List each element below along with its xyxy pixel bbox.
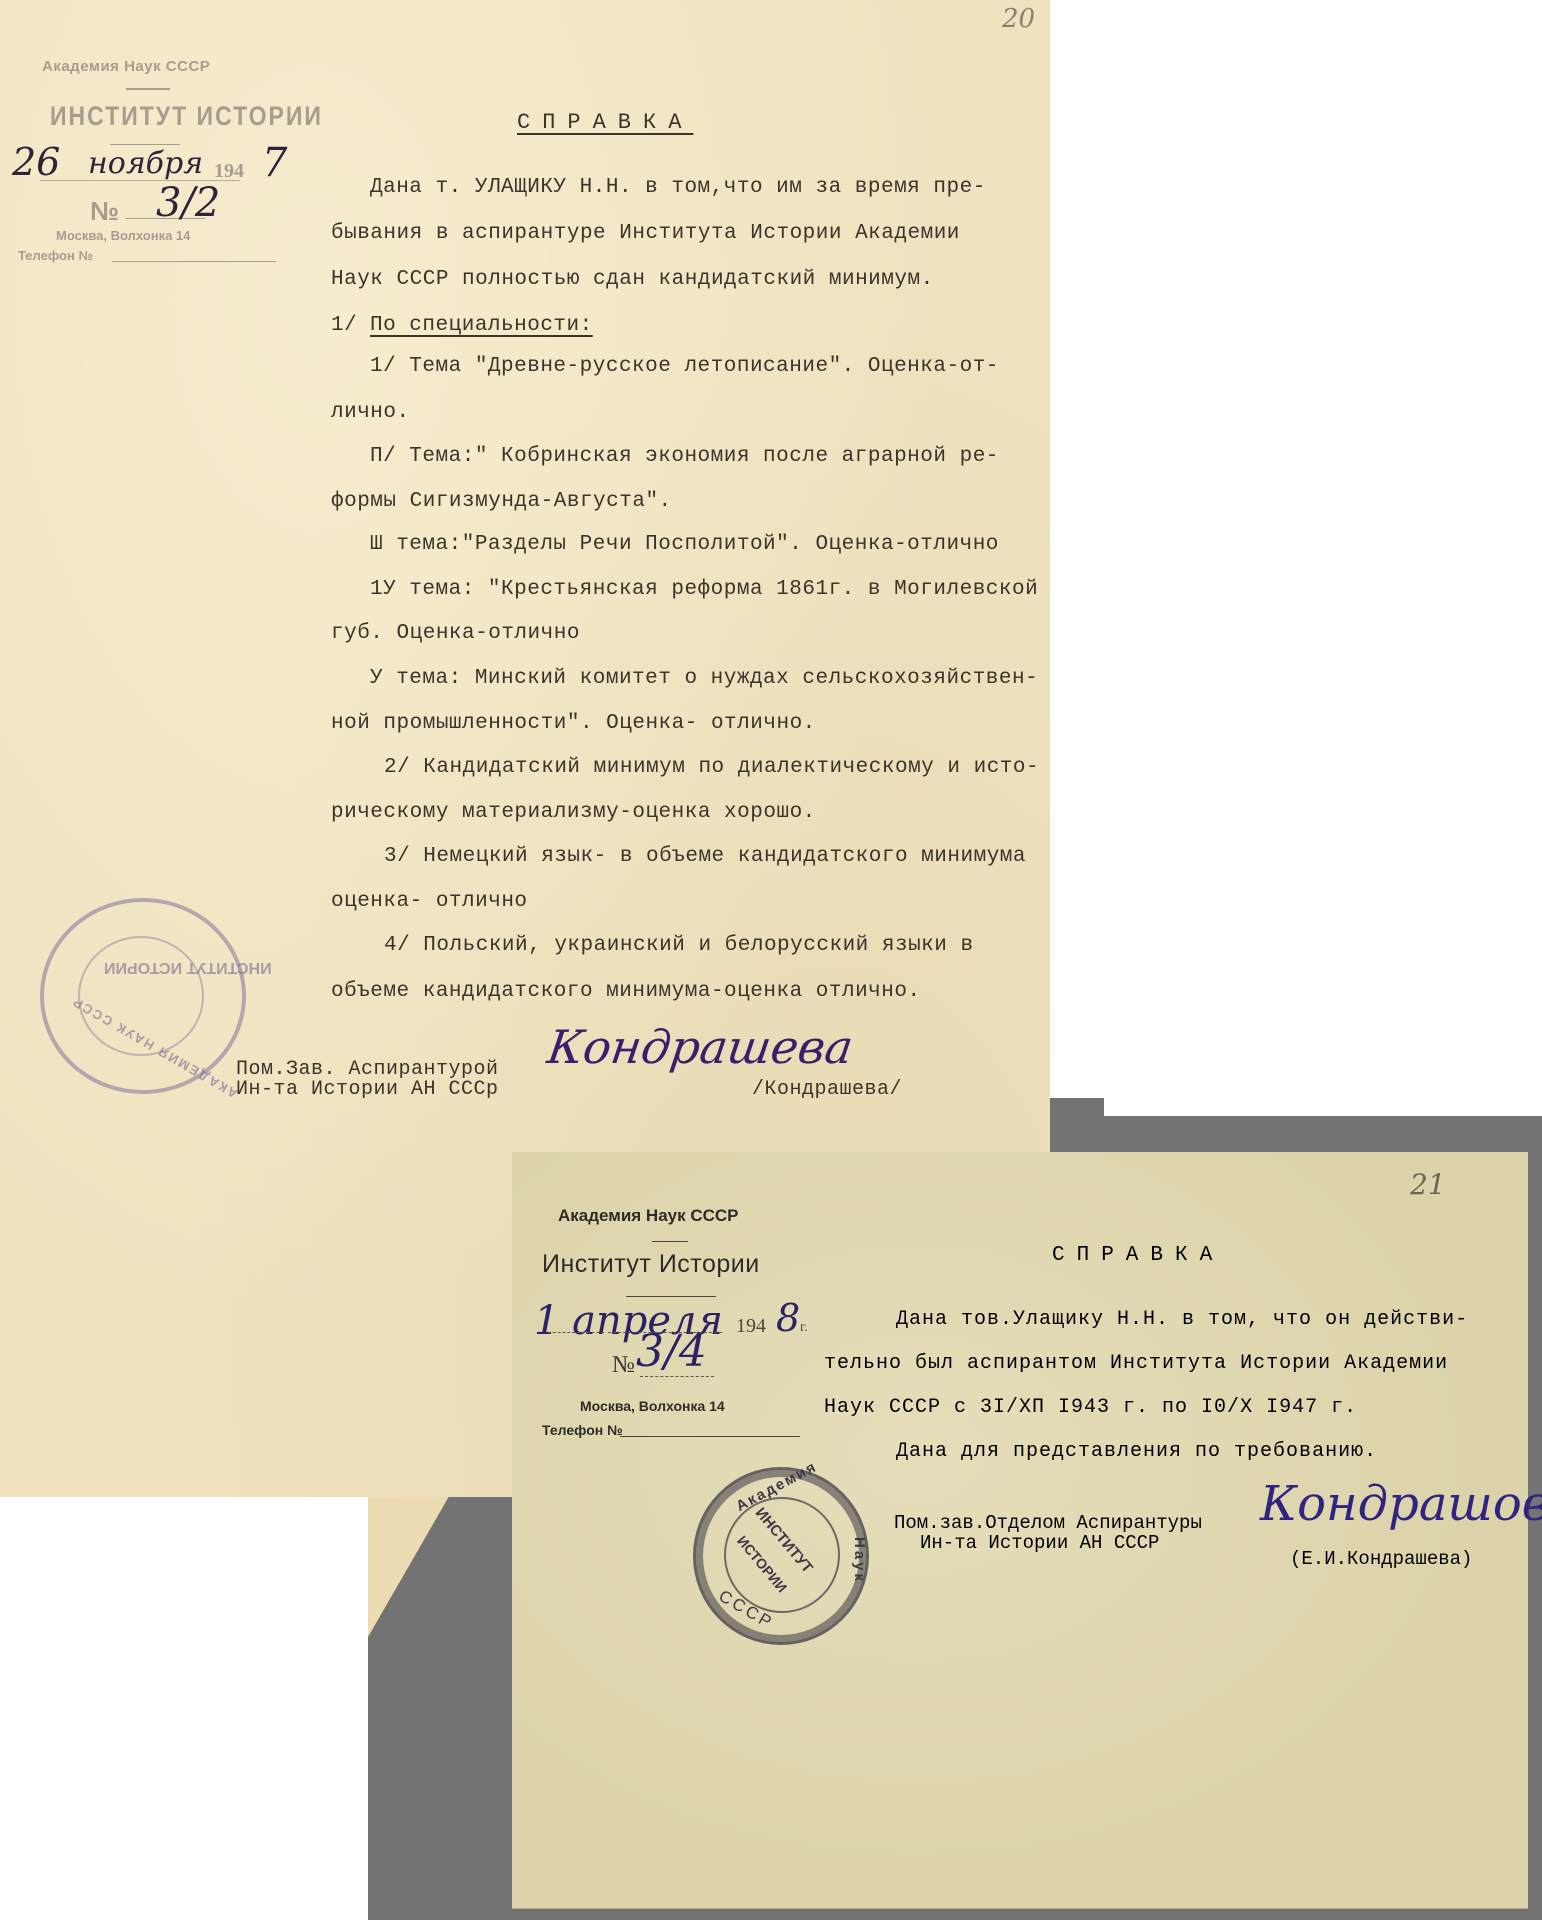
phone-line	[620, 1436, 800, 1437]
item-line: 4/ Польский, украинский и белорусский яз…	[384, 934, 974, 957]
item-line: 3/ Немецкий язык- в объеме кандидатского…	[384, 845, 1026, 868]
handwritten-signature: Кондрашева	[544, 1020, 856, 1074]
item-line: объеме кандидатского минимума-оценка отл…	[331, 980, 921, 1003]
letterhead-institute: ИНСТИТУТ ИСТОРИИ	[50, 101, 323, 132]
body-line: Дана тов.Улащику Н.Н. в том, что он дейс…	[896, 1308, 1468, 1331]
item-line: 2/ Кандидатский минимум по диалектическо…	[384, 756, 1039, 779]
date-line	[548, 1332, 604, 1333]
year-handwritten: 7	[262, 140, 287, 186]
document-title: СПРАВКА	[1052, 1244, 1224, 1267]
item-line: рическому материализму-оценка хорошо.	[331, 801, 816, 824]
letterhead-academy: Академия Наук СССР	[42, 58, 210, 75]
number-handwritten: 3/4	[636, 1326, 707, 1377]
signatory-title-line2: Ин-та Истории АН СССР	[920, 1532, 1159, 1554]
signatory-name: (Е.И.Кондрашева)	[1290, 1548, 1472, 1570]
number-handwritten: 3/2	[156, 180, 220, 226]
item-line: 1/ Тема "Древне-русское летописание". Оц…	[370, 355, 999, 378]
body-line: тельно был аспирантом Института Истории …	[824, 1352, 1448, 1375]
year-handwritten: 8	[776, 1296, 800, 1340]
divider	[126, 88, 170, 90]
item-line: П/ Тема:" Кобринская экономия после агра…	[370, 445, 999, 468]
letterhead-phone: Телефон №	[542, 1422, 623, 1438]
body-line: Наук СССР с 3I/XП I943 г. по I0/X I947 г…	[824, 1396, 1357, 1419]
number-label: №	[90, 196, 119, 227]
letterhead-address: Москва, Волхонка 14	[580, 1398, 725, 1414]
body-line: Дана т. УЛАЩИКУ Н.Н. в том,что им за вре…	[370, 176, 986, 199]
item-line: Ш тема:"Разделы Речи Посполитой". Оценка…	[370, 533, 999, 556]
page-number: 20	[1002, 4, 1035, 34]
seal-outer-text-right: Наук	[851, 1537, 868, 1584]
item-line: ной промышленности". Оценка- отлично.	[331, 712, 816, 735]
seal-inner-text: ИНСТИТУТ ИСТОРИИ	[104, 958, 272, 976]
date-day-handwritten: 26	[12, 140, 60, 184]
date-month-handwritten: ноября	[88, 146, 203, 181]
letterhead-phone: Телефон №	[18, 248, 93, 263]
body-line: Дана для представления по требованию.	[896, 1440, 1377, 1463]
signatory-title-line2: Ин-та Истории АН СССр	[236, 1078, 499, 1101]
divider	[652, 1241, 688, 1242]
signatory-title-line1: Пом.зав.Отделом Аспирантуры	[894, 1512, 1202, 1534]
phone-line	[112, 261, 276, 262]
body-line: Наук СССР полностью сдан кандидатский ми…	[331, 268, 934, 291]
divider	[110, 144, 180, 145]
document-title: СПРАВКА	[517, 110, 693, 135]
item-line: губ. Оценка-отлично	[331, 622, 580, 645]
handwritten-signature: Кондрашова	[1260, 1476, 1542, 1532]
item-line: лично.	[331, 401, 410, 424]
scan-backdrop-tab	[1050, 1098, 1104, 1118]
signatory-name: /Кондрашева/	[752, 1078, 902, 1101]
year-printed: 194	[736, 1315, 766, 1338]
letterhead-address: Москва, Волхонка 14	[56, 228, 190, 243]
section-number: 1/	[331, 314, 357, 337]
letterhead-academy: Академия Наук СССР	[558, 1206, 739, 1226]
page-number: 21	[1410, 1168, 1446, 1201]
body-line: бывания в аспирантуре Института Истории …	[331, 222, 960, 245]
item-line: У тема: Минский комитет о нуждах сельско…	[370, 667, 1038, 690]
section-heading: По специальности:	[370, 314, 593, 337]
year-suffix: г.	[800, 1320, 808, 1336]
letterhead-institute: Институт Истории	[542, 1250, 760, 1279]
item-line: оценка- отлично	[331, 890, 528, 913]
item-line: 1У тема: "Крестьянская реформа 1861г. в …	[370, 578, 1038, 601]
number-label: №	[612, 1352, 635, 1379]
item-line: формы Сигизмунда-Августа".	[331, 490, 672, 513]
divider	[626, 1296, 716, 1297]
